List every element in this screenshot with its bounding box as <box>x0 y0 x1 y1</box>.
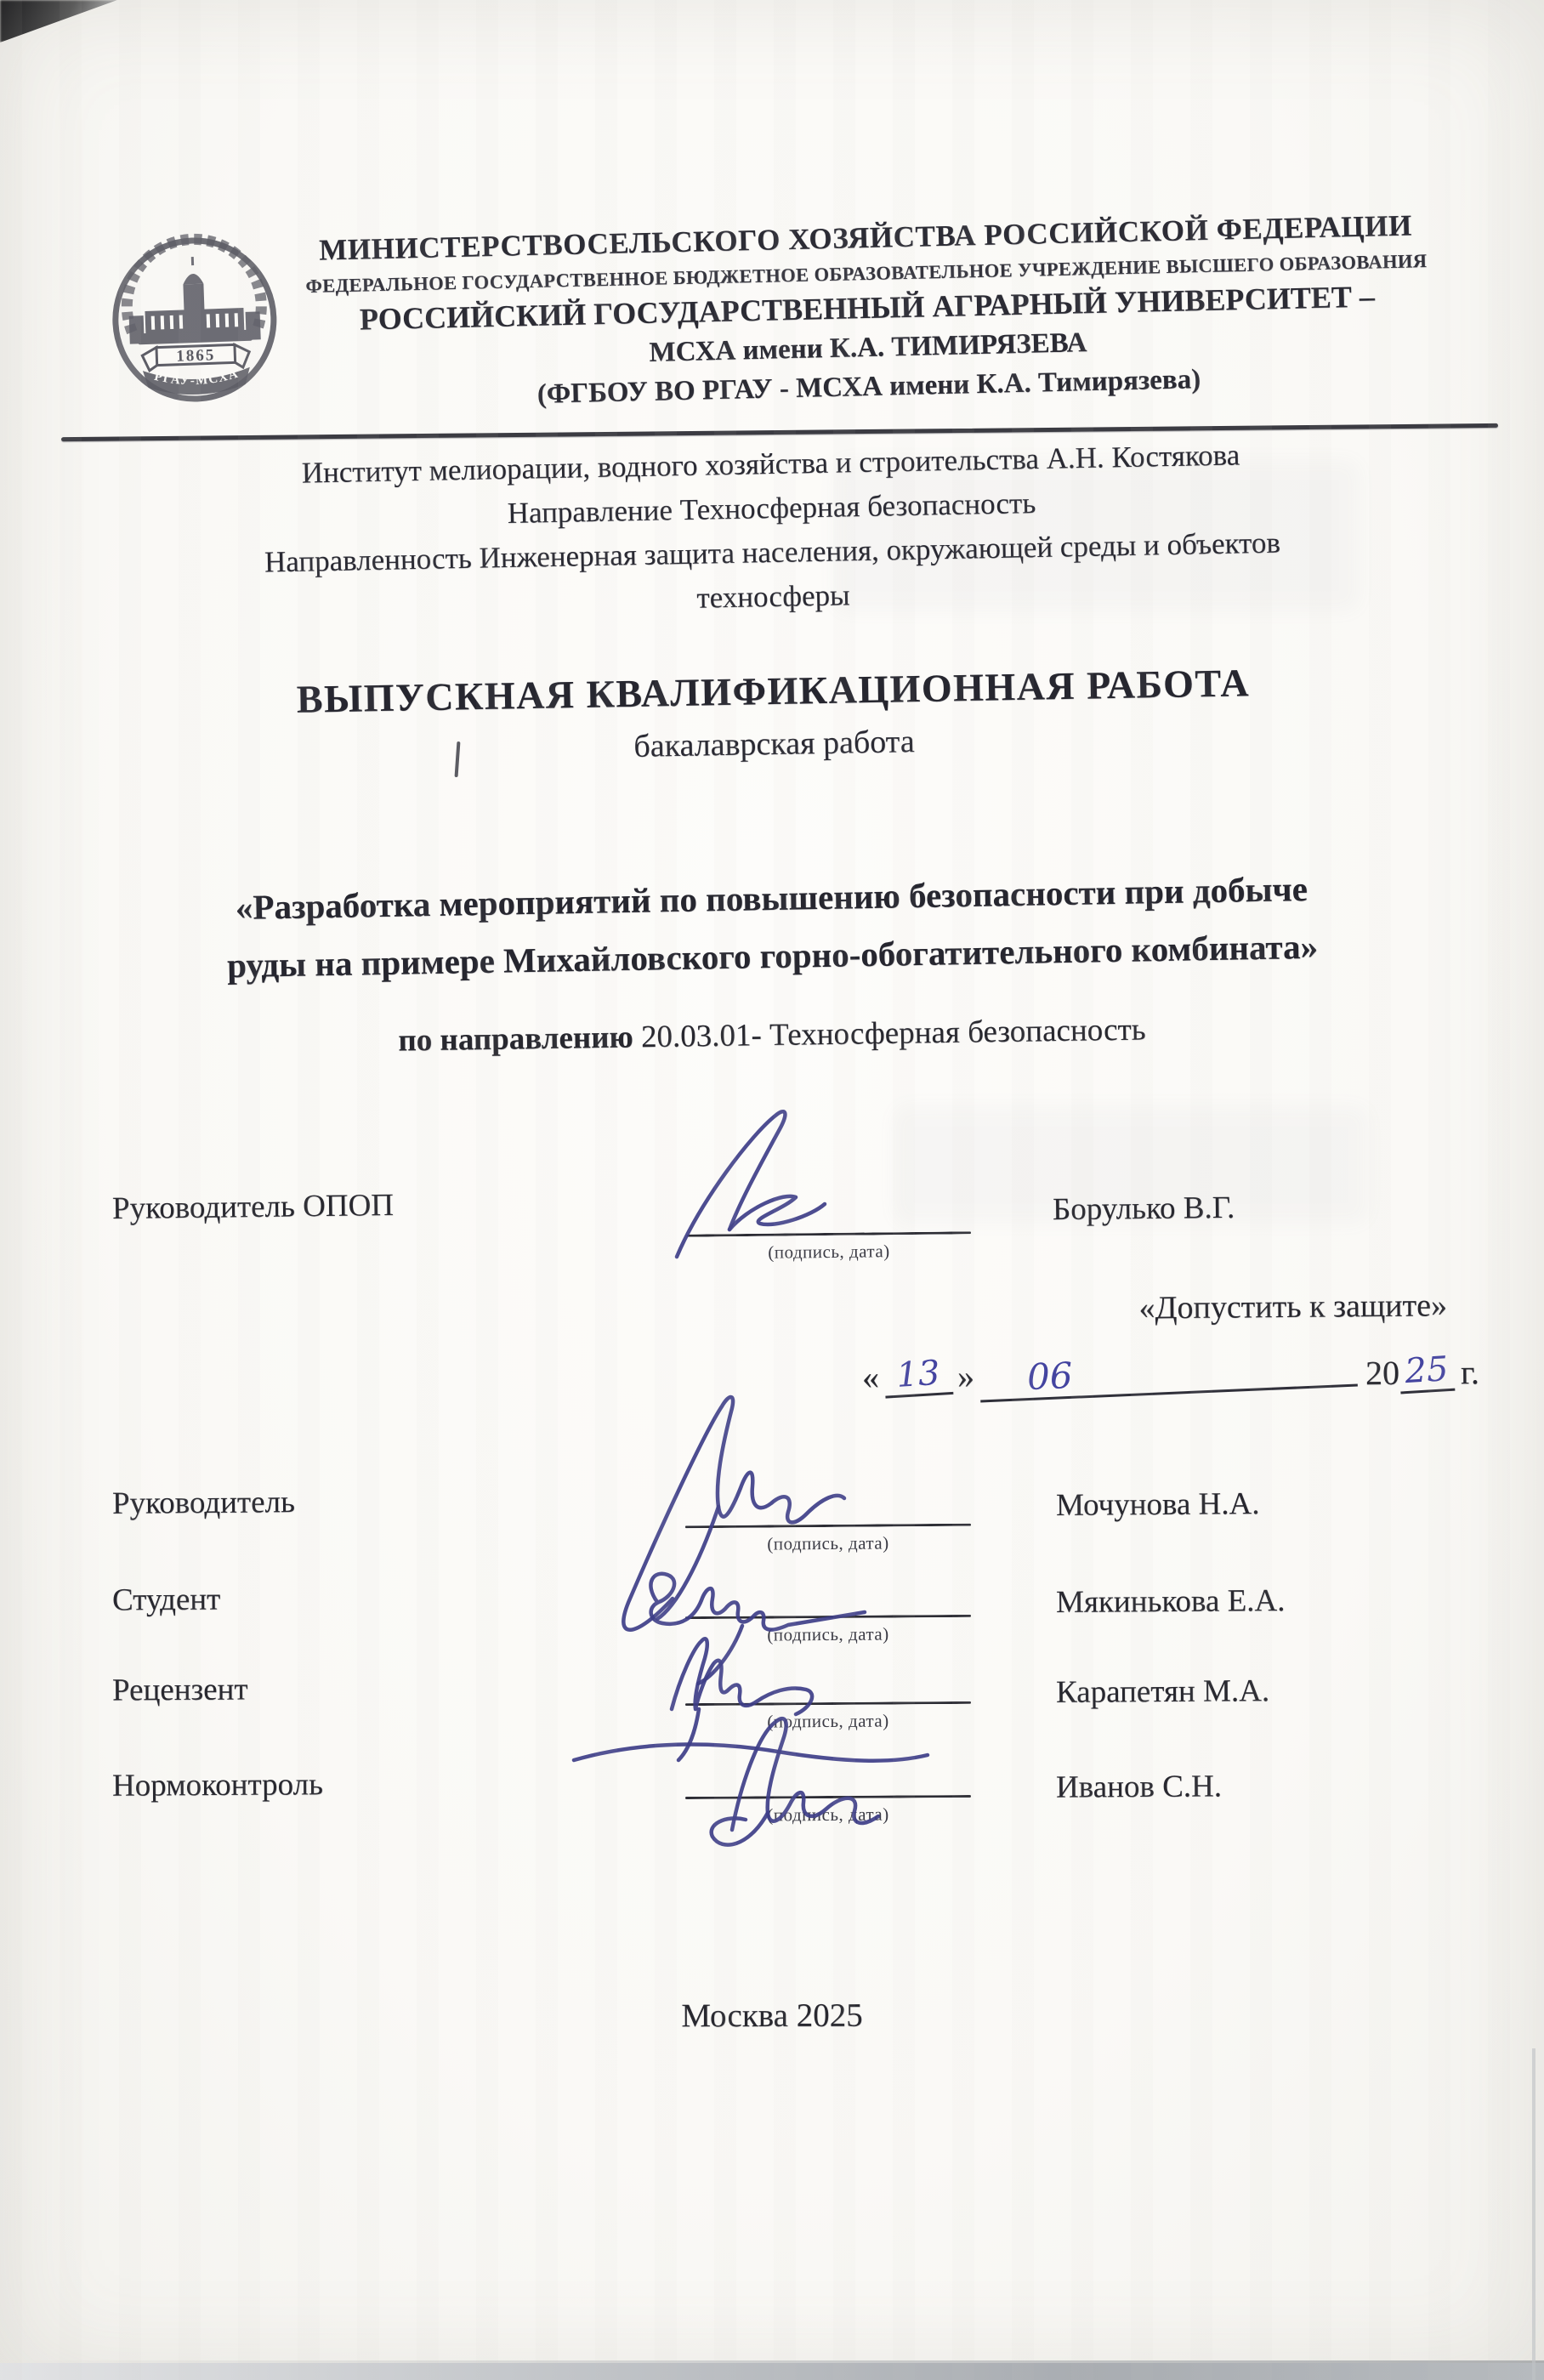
signer-role-normcontrol: Нормоконтроль <box>112 1766 323 1804</box>
thesis-title-page: 1865 РГАУ-МСХА МИНИСТЕРСТВОСЕЛЬСКОГО ХОЗ… <box>0 0 1544 2380</box>
emblem-year: 1865 <box>176 346 216 366</box>
thesis-title: «Разработка мероприятий по повышению без… <box>74 857 1470 997</box>
signer-role-student: Студент <box>112 1582 221 1619</box>
signer-role-supervisor: Руководитель <box>112 1484 295 1522</box>
date-close-quote: » <box>952 1356 979 1396</box>
date-day-handwritten: 13 <box>883 1353 954 1399</box>
admission-date-row: « 13 » 06 20 25 г. <box>857 1348 1479 1397</box>
signature-normcontrol <box>557 1701 939 1854</box>
signer-name-opop-head: Борулько В.Г. <box>1053 1190 1235 1228</box>
signature-opop-head <box>639 1099 869 1269</box>
university-emblem-graphic: 1865 РГАУ-МСХА <box>104 223 286 423</box>
date-suffix: г. <box>1461 1352 1479 1392</box>
university-emblem: 1865 РГАУ-МСХА <box>104 223 286 423</box>
signer-role-opop-head: Руководитель ОПОП <box>112 1187 395 1227</box>
scan-bottom-edge <box>0 2363 1544 2380</box>
program-block: Институт мелиорации, водного хозяйства и… <box>41 429 1503 633</box>
degree-direction-line: по направлению 20.03.01- Техносферная бе… <box>0 1006 1544 1065</box>
work-type-block: ВЫПУСКНАЯ КВАЛИФИКАЦИОННАЯ РАБОТА бакала… <box>84 653 1463 782</box>
scan-corner-artifact <box>0 0 117 43</box>
date-year-handwritten: 25 <box>1399 1349 1456 1394</box>
degree-direction-label: по направлению <box>398 1020 633 1058</box>
signer-name-reviewer: Карапетян М.А. <box>1056 1673 1269 1711</box>
signer-name-supervisor: Мочунова Н.А. <box>1056 1485 1260 1524</box>
date-month-handwritten: 06 <box>979 1343 1358 1403</box>
document-header: МИНИСТЕРСТВОСЕЛЬСКОГО ХОЗЯЙСТВА РОССИЙСК… <box>287 205 1448 420</box>
degree-direction-value: 20.03.01- Техносферная безопасность <box>633 1012 1145 1054</box>
date-century: 20 <box>1365 1353 1399 1393</box>
city-year-line: Москва 2025 <box>0 1995 1544 2037</box>
admission-phrase: «Допустить к защите» <box>927 1287 1447 1328</box>
signer-role-reviewer: Рецензент <box>112 1671 248 1708</box>
signer-name-normcontrol: Иванов С.Н. <box>1056 1768 1222 1805</box>
signer-name-student: Мякинькова Е.А. <box>1056 1582 1286 1621</box>
scan-right-edge <box>1532 2048 1535 2380</box>
